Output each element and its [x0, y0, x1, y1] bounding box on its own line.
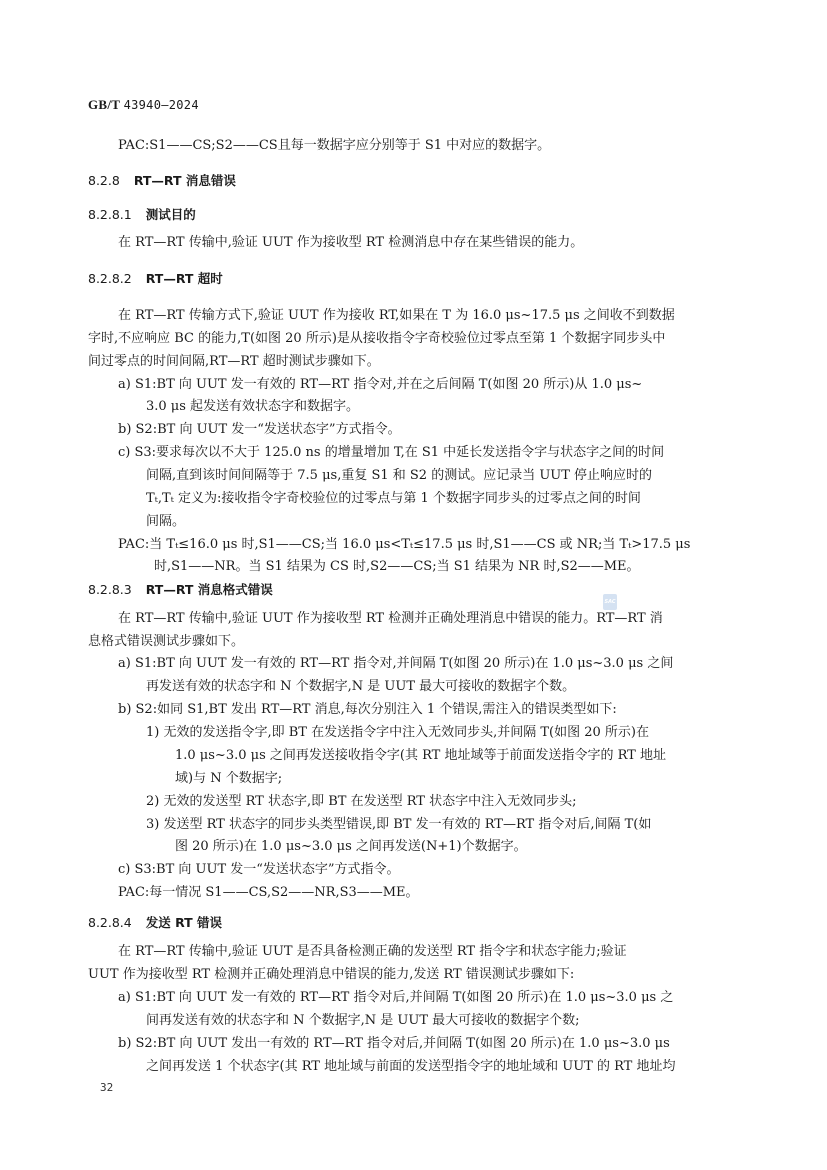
- text-line: Tₜ,Tₜ 定义为:接收指令字奇校验位的过零点与第 1 个数据字同步头的过零点之…: [146, 491, 641, 507]
- text-line: PAC:每一情况 S1——CS,S2——NR,S3——ME。: [118, 885, 419, 901]
- text-line: 在 RT—RT 传输方式下,验证 UUT 作为接收 RT,如果在 T 为 16.…: [118, 308, 675, 324]
- section-heading: 8.2.8.1测试目的: [88, 207, 196, 223]
- section-heading: 8.2.8.2RT—RT 超时: [88, 271, 223, 287]
- section-number: 8.2.8.3: [88, 582, 132, 597]
- section-title: RT—RT 消息格式错误: [146, 582, 273, 597]
- section-title: RT—RT 超时: [146, 271, 223, 286]
- text-line: b) S2:BT 向 UUT 发一“发送状态字”方式指令。: [118, 422, 401, 438]
- text-line: c) S3:要求每次以不大于 125.0 ns 的增量增加 T,在 S1 中延长…: [118, 445, 664, 461]
- section-heading: 8.2.8.4发送 RT 错误: [88, 915, 222, 931]
- text-line: 在 RT—RT 传输中,验证 UUT 是否具备检测正确的发送型 RT 指令字和状…: [118, 944, 627, 960]
- text-line: c) S3:BT 向 UUT 发一“发送状态字”方式指令。: [118, 862, 400, 878]
- text-line: a) S1:BT 向 UUT 发一有效的 RT—RT 指令对后,并间隔 T(如图…: [118, 990, 673, 1006]
- text-line: 字时,不应响应 BC 的能力,T(如图 20 所示)是从接收指令字奇校验位过零点…: [88, 331, 665, 347]
- section-number: 8.2.8.2: [88, 271, 132, 286]
- text-line: a) S1:BT 向 UUT 发一有效的 RT—RT 指令对,并在之后间隔 T(…: [118, 377, 642, 393]
- text-line: 域)与 N 个数据字;: [175, 771, 282, 787]
- sac-watermark-icon: SAC: [603, 594, 617, 610]
- text-line: 1) 无效的发送指令字,即 BT 在发送指令字中注入无效同步头,并间隔 T(如图…: [146, 725, 649, 741]
- text-line: 之间再发送 1 个状态字(其 RT 地址域与前面的发送型指令字的地址域和 UUT…: [146, 1059, 675, 1075]
- text-line: 再发送有效的状态字和 N 个数据字,N 是 UUT 最大可接收的数据字个数。: [146, 679, 575, 695]
- section-title: 测试目的: [146, 207, 196, 222]
- text-line: 息格式错误测试步骤如下。: [88, 634, 244, 650]
- section-number: 8.2.8.4: [88, 915, 132, 930]
- text-line: 1.0 μs~3.0 μs 之间再发送接收指令字(其 RT 地址域等于前面发送指…: [175, 748, 666, 764]
- text-line: PAC:S1——CS;S2——CS且每一数据字应分别等于 S1 中对应的数据字。: [118, 138, 550, 154]
- text-line: 间隔。: [146, 514, 185, 530]
- text-line: 时,S1——NR。当 S1 结果为 CS 时,S2——CS;当 S1 结果为 N…: [154, 559, 640, 575]
- text-line: 在 RT—RT 传输中,验证 UUT 作为接收型 RT 检测并正确处理消息中错误…: [118, 611, 663, 627]
- text-line: UUT 作为接收型 RT 检测并正确处理消息中错误的能力,发送 RT 错误测试步…: [88, 967, 574, 983]
- section-heading: 8.2.8.3RT—RT 消息格式错误: [88, 582, 273, 598]
- section-number: 8.2.8.1: [88, 207, 132, 222]
- section-title: 发送 RT 错误: [146, 915, 222, 930]
- text-line: 间再发送有效的状态字和 N 个数据字,N 是 UUT 最大可接收的数据字个数;: [146, 1013, 580, 1029]
- text-line: 图 20 所示)在 1.0 μs~3.0 μs 之间再发送(N+1)个数据字。: [175, 839, 527, 855]
- section-number: 8.2.8: [88, 173, 120, 188]
- text-line: a) S1:BT 向 UUT 发一有效的 RT—RT 指令对,并间隔 T(如图 …: [118, 656, 673, 672]
- page-header: GB/T 43940—2024: [88, 97, 199, 113]
- text-line: 3) 发送型 RT 状态字的同步头类型错误,即 BT 发一有效的 RT—RT 指…: [146, 817, 651, 833]
- text-line: 3.0 μs 起发送有效状态字和数据字。: [146, 399, 359, 415]
- text-line: 在 RT—RT 传输中,验证 UUT 作为接收型 RT 检测消息中存在某些错误的…: [118, 235, 583, 251]
- text-line: PAC:当 Tₜ≤16.0 μs 时,S1——CS;当 16.0 μs<Tₜ≤1…: [118, 537, 690, 553]
- text-line: b) S2:如同 S1,BT 发出 RT—RT 消息,每次分别注入 1 个错误,…: [118, 702, 617, 718]
- section-title: RT—RT 消息错误: [134, 173, 236, 188]
- standard-number: 43940—2024: [124, 98, 199, 112]
- text-line: 间隔,直到该时间间隔等于 7.5 μs,重复 S1 和 S2 的测试。应记录当 …: [146, 468, 652, 484]
- text-line: 间过零点的时间间隔,RT—RT 超时测试步骤如下。: [88, 354, 380, 370]
- text-line: 2) 无效的发送型 RT 状态字,即 BT 在发送型 RT 状态字中注入无效同步…: [146, 794, 576, 810]
- section-heading: 8.2.8RT—RT 消息错误: [88, 173, 236, 189]
- text-line: b) S2:BT 向 UUT 发出一有效的 RT—RT 指令对后,并间隔 T(如…: [118, 1036, 670, 1052]
- standard-prefix: GB/T: [88, 97, 120, 112]
- document-page: GB/T 43940—2024 8.2.8RT—RT 消息错误8.2.8.1测试…: [0, 0, 827, 1170]
- page-number: 32: [100, 1081, 113, 1094]
